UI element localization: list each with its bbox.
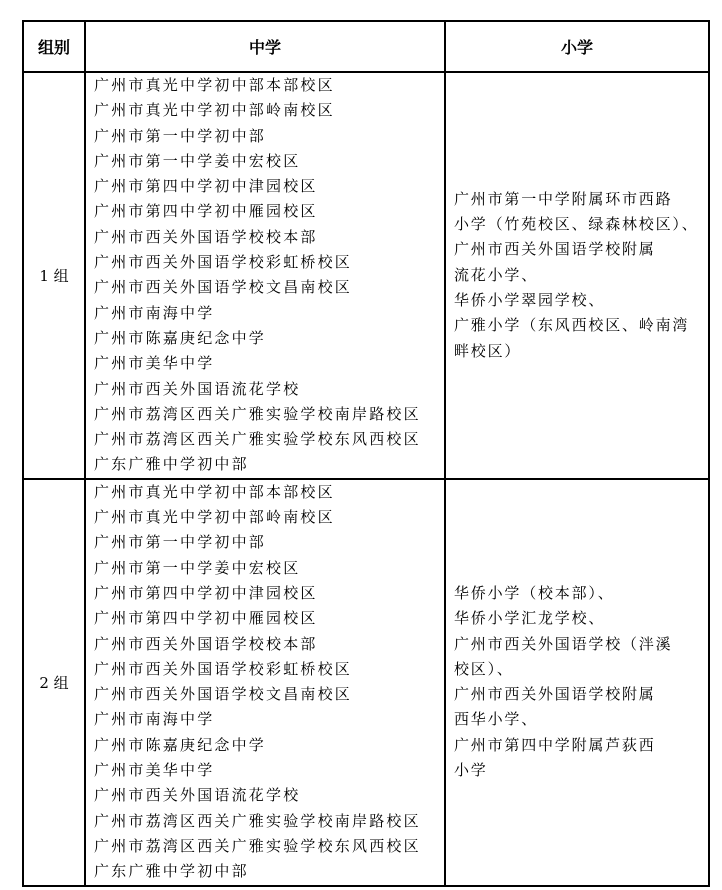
list-item: 广州市西关外国语学校附属 — [454, 237, 708, 262]
list-item: 广州市西关外国语学校文昌南校区 — [94, 275, 444, 300]
list-item: 广州市陈嘉庚纪念中学 — [94, 733, 444, 758]
list-item: 西华小学、 — [454, 707, 708, 732]
list-item: 广州市真光中学初中部本部校区 — [94, 73, 444, 98]
list-item: 广州市西关外国语流花学校 — [94, 377, 444, 402]
table-row-group-1: 1 组 广州市真光中学初中部本部校区 广州市真光中学初中部岭南校区 广州市第一中… — [23, 72, 709, 479]
list-item: 广州市陈嘉庚纪念中学 — [94, 326, 444, 351]
list-item: 广州市美华中学 — [94, 351, 444, 376]
list-item: 广州市西关外国语学校彩虹桥校区 — [94, 657, 444, 682]
list-item: 华侨小学（校本部）、 — [454, 581, 708, 606]
list-item: 广州市第一中学姜中宏校区 — [94, 149, 444, 174]
list-item: 广州市第四中学附属芦荻西 — [454, 733, 708, 758]
group-label: 1 组 — [23, 72, 85, 479]
group-label: 2 组 — [23, 479, 85, 886]
list-item: 广州市西关外国语学校校本部 — [94, 225, 444, 250]
header-middle-school: 中学 — [85, 21, 445, 72]
list-item: 广州市荔湾区西关广雅实验学校东风西校区 — [94, 427, 444, 452]
list-item: 广州市西关外国语流花学校 — [94, 783, 444, 808]
list-item: 流花小学、 — [454, 263, 708, 288]
list-item: 广州市第一中学初中部 — [94, 124, 444, 149]
primary-school-list: 广州市第一中学附属环市西路 小学（竹苑校区、绿森林校区）、 广州市西关外国语学校… — [445, 72, 709, 479]
list-item: 广州市荔湾区西关广雅实验学校东风西校区 — [94, 834, 444, 859]
list-item: 广州市第四中学初中津园校区 — [94, 581, 444, 606]
header-group: 组别 — [23, 21, 85, 72]
list-item: 广东广雅中学初中部 — [94, 859, 444, 884]
middle-school-list: 广州市真光中学初中部本部校区 广州市真光中学初中部岭南校区 广州市第一中学初中部… — [85, 72, 445, 479]
list-item: 广州市美华中学 — [94, 758, 444, 783]
list-item: 广州市西关外国语学校文昌南校区 — [94, 682, 444, 707]
header-row: 组别 中学 小学 — [23, 21, 709, 72]
list-item: 华侨小学汇龙学校、 — [454, 606, 708, 631]
list-item: 广州市第四中学初中津园校区 — [94, 174, 444, 199]
school-group-table: 组别 中学 小学 1 组 广州市真光中学初中部本部校区 广州市真光中学初中部岭南… — [22, 20, 710, 887]
list-item: 广州市真光中学初中部本部校区 — [94, 480, 444, 505]
list-item: 广雅小学（东风西校区、岭南湾 — [454, 313, 708, 338]
list-item: 广州市第一中学附属环市西路 — [454, 187, 708, 212]
list-item: 广州市真光中学初中部岭南校区 — [94, 98, 444, 123]
list-item: 广州市第一中学初中部 — [94, 530, 444, 555]
list-item: 广州市南海中学 — [94, 707, 444, 732]
primary-school-list: 华侨小学（校本部）、 华侨小学汇龙学校、 广州市西关外国语学校（泮溪 校区）、 … — [445, 479, 709, 886]
list-item: 广州市西关外国语学校校本部 — [94, 632, 444, 657]
list-item: 广州市真光中学初中部岭南校区 — [94, 505, 444, 530]
list-item: 广州市第四中学初中雁园校区 — [94, 199, 444, 224]
list-item: 小学（竹苑校区、绿森林校区）、 — [454, 212, 708, 237]
list-item: 广州市西关外国语学校（泮溪 — [454, 632, 708, 657]
list-item: 广州市第四中学初中雁园校区 — [94, 606, 444, 631]
list-item: 小学 — [454, 758, 708, 783]
list-item: 广州市南海中学 — [94, 301, 444, 326]
header-primary-school: 小学 — [445, 21, 709, 72]
list-item: 华侨小学翠园学校、 — [454, 288, 708, 313]
table-row-group-2: 2 组 广州市真光中学初中部本部校区 广州市真光中学初中部岭南校区 广州市第一中… — [23, 479, 709, 886]
list-item: 校区）、 — [454, 657, 708, 682]
middle-school-list: 广州市真光中学初中部本部校区 广州市真光中学初中部岭南校区 广州市第一中学初中部… — [85, 479, 445, 886]
list-item: 广州市第一中学姜中宏校区 — [94, 556, 444, 581]
list-item: 广州市西关外国语学校附属 — [454, 682, 708, 707]
list-item: 广州市西关外国语学校彩虹桥校区 — [94, 250, 444, 275]
list-item: 广州市荔湾区西关广雅实验学校南岸路校区 — [94, 402, 444, 427]
list-item: 广东广雅中学初中部 — [94, 452, 444, 477]
list-item: 广州市荔湾区西关广雅实验学校南岸路校区 — [94, 809, 444, 834]
list-item: 畔校区） — [454, 339, 708, 364]
